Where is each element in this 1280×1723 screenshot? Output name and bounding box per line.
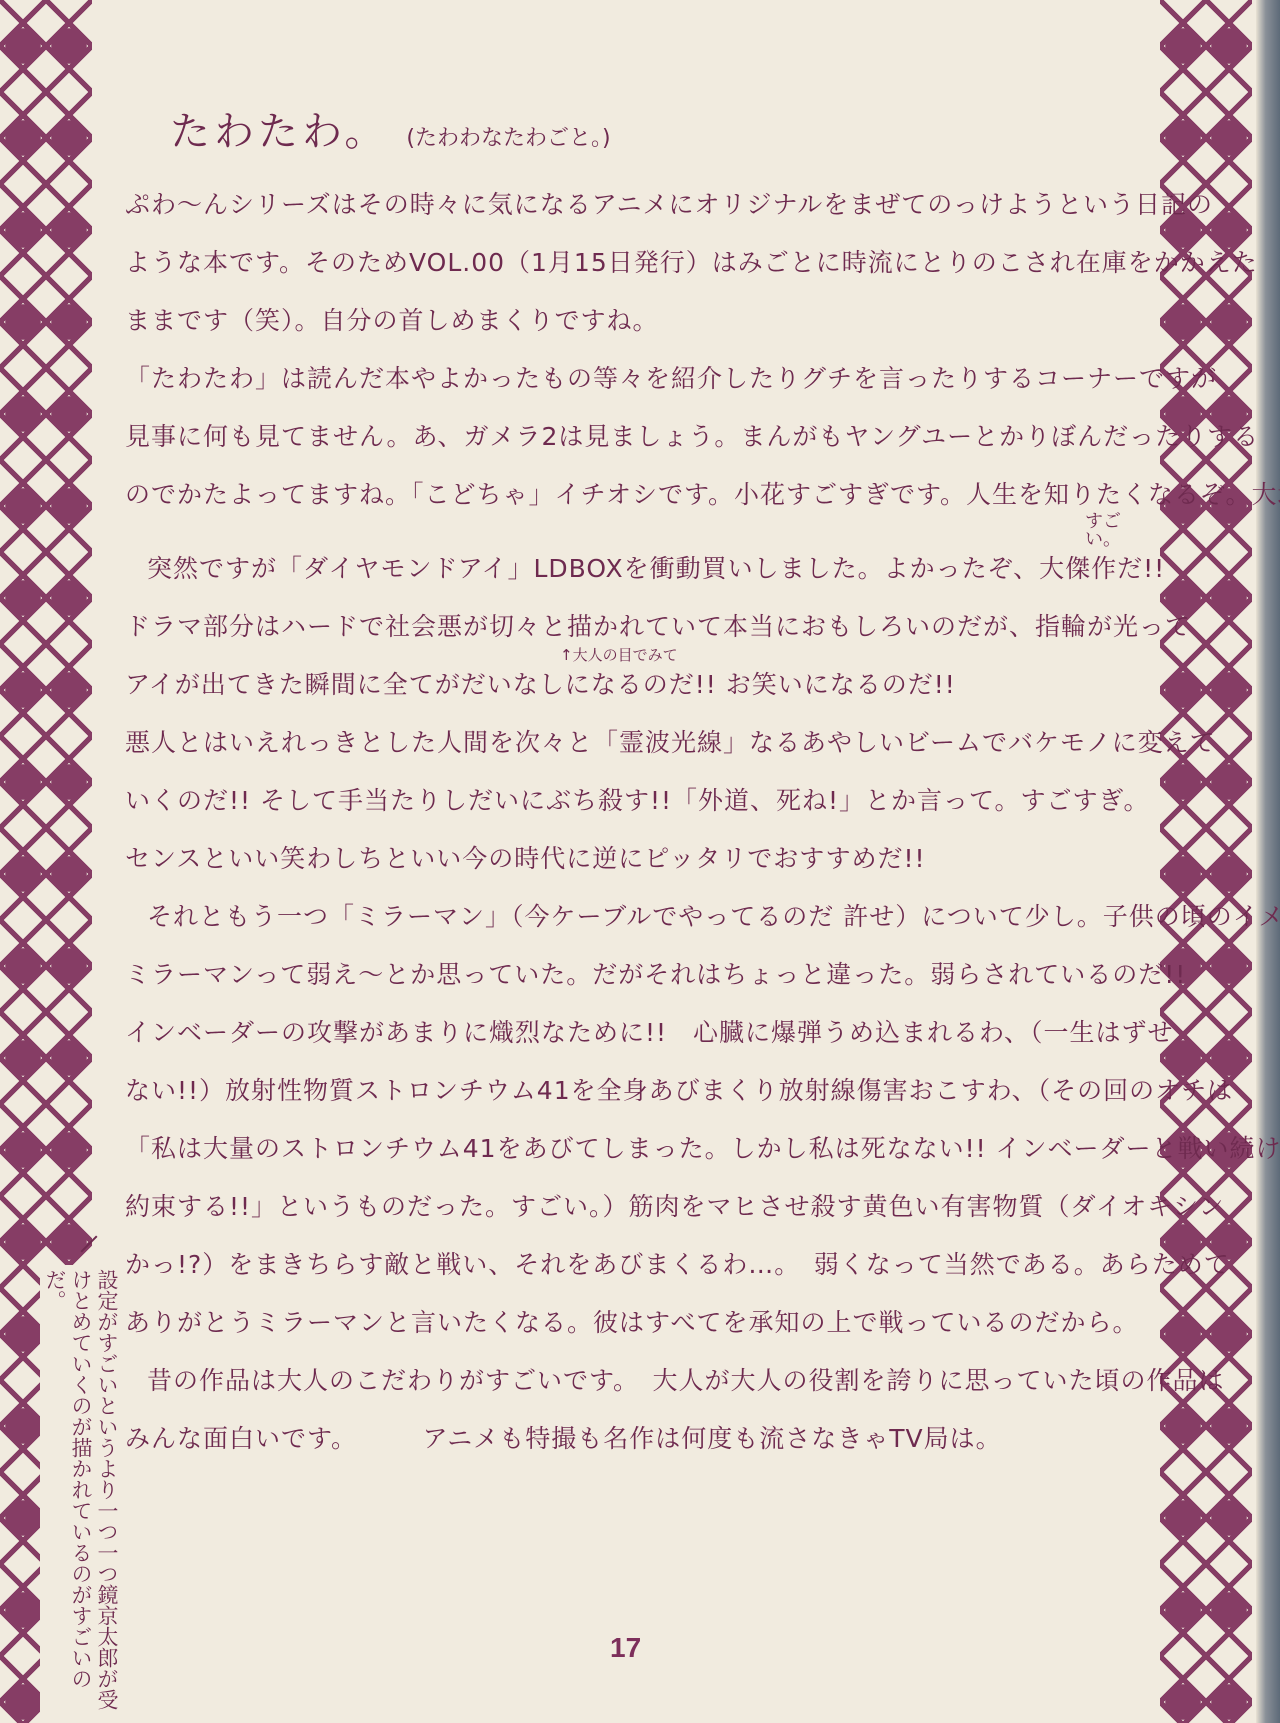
scan-edge bbox=[1256, 0, 1280, 1723]
text-line: ような本です。そのためVOL.00（1月15日発行）はみごとに時流にとりのこされ… bbox=[125, 247, 1145, 279]
margin-note: 設定がすごいというより一つ一つ鏡京太郎が受けとめていくのが描かれているのがすごい… bbox=[40, 1265, 122, 1723]
text-line: アイが出てきた瞬間に全てがだいなしになるのだ!! お笑いになるのだ!! bbox=[125, 669, 1145, 701]
page-title: たわたわ。 bbox=[170, 100, 388, 157]
text-line: ぷわ〜んシリーズはその時々に気になるアニメにオリジナルをまぜてのっけようという日… bbox=[125, 189, 1145, 221]
text-line: 昔の作品は大人のこだわりがすごいです。 大人が大人の役割を誇りに思っていた頃の作… bbox=[125, 1365, 1145, 1397]
page-subtitle: (たわわなたわごと。) bbox=[406, 121, 610, 152]
page-number: 17 bbox=[610, 1632, 641, 1664]
text-line: 見事に何も見てません。あ、ガメラ2は見ましょう。まんがもヤングユーとかりぼんだっ… bbox=[125, 421, 1145, 453]
text-line: それともう一つ「ミラーマン」（今ケーブルでやってるのだ 許せ）について少し。子供… bbox=[125, 901, 1145, 933]
text-line: ありがとうミラーマンと言いたくなる。彼はすべてを承知の上で戦っているのだから。 bbox=[125, 1307, 1145, 1339]
inline-annotation: ↑大人の目でみて bbox=[560, 647, 1145, 663]
text-line: センスといい笑わしちといい今の時代に逆にピッタリでおすすめだ!! bbox=[125, 843, 1145, 875]
text-line: 「たわたわ」は読んだ本やよかったもの等々を紹介したりグチを言ったりするコーナーで… bbox=[125, 363, 1145, 395]
title-row: たわたわ。 (たわわなたわごと。) bbox=[170, 100, 1145, 157]
text-line: ない!!）放射性物質ストロンチウム41を全身あびまくり放射線傷害おこすわ、（その… bbox=[125, 1075, 1145, 1107]
text-line: ミラーマンって弱え〜とか思っていた。だがそれはちょっと違った。弱らされているのだ… bbox=[125, 959, 1145, 991]
text-line: 悪人とはいえれっきとした人間を次々と「霊波光線」なるあやしいビームでバケモノに変… bbox=[125, 727, 1145, 759]
text-line: のでかたよってますね。「こどちゃ」イチオシです。小花すごすぎです。人生を知りたく… bbox=[125, 479, 1145, 511]
text-line: ドラマ部分はハードで社会悪が切々と描かれていて本当におもしろいのだが、指輪が光っ… bbox=[125, 611, 1145, 643]
text-line: いくのだ!! そして手当たりしだいにぶち殺す!!「外道、死ね!」とか言って。すご… bbox=[125, 785, 1145, 817]
text-line: ままです（笑）。自分の首しめまくりですね。 bbox=[125, 305, 1145, 337]
text-line: 「私は大量のストロンチウム41をあびてしまった。しかし私は死なない!! インベー… bbox=[125, 1133, 1145, 1165]
text-line: かっ!?）をまきちらす敵と戦い、それをあびまくるわ…。 弱くなって当然である。あ… bbox=[125, 1249, 1145, 1281]
text-line: 約束する!!」というものだった。すごい。）筋肉をマヒさせ殺す黄色い有害物質（ダイ… bbox=[125, 1191, 1145, 1223]
text-line: みんな面白いです。 アニメも特撮も名作は何度も流さなきゃTV局は。 bbox=[125, 1423, 1145, 1455]
text-line: 突然ですが「ダイヤモンドアイ」LDBOXを衝動買いしました。よかったぞ、大傑作だ… bbox=[125, 553, 1145, 585]
side-annotation: すごい。 bbox=[1085, 513, 1145, 549]
text-line: インベーダーの攻撃があまりに熾烈なために!! 心臓に爆弾うめ込まれるわ、（一生は… bbox=[125, 1017, 1145, 1049]
handwritten-column: たわたわ。 (たわわなたわごと。) ぷわ〜んシリーズはその時々に気になるアニメに… bbox=[125, 100, 1145, 1481]
